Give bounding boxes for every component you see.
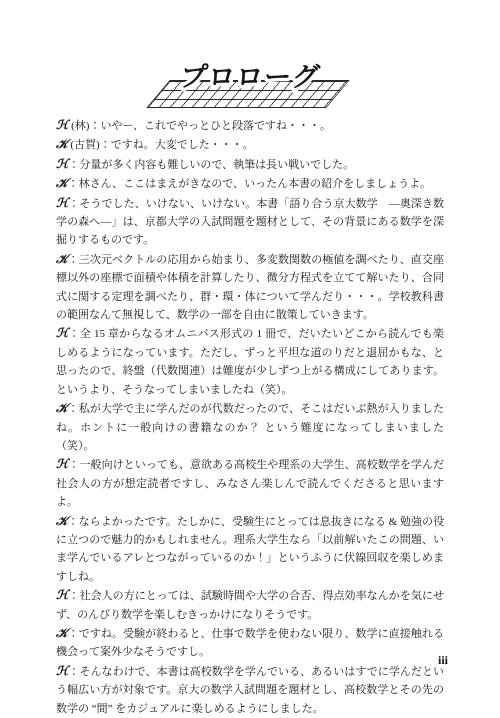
dialogue-line: ℋ：全 15 章からなるオムニバス形式の 1 冊で、だいたいどこから読んでも楽し…: [56, 324, 444, 399]
page-title-text: プロローグ: [178, 62, 322, 92]
page-number: iii: [438, 653, 448, 668]
dialogue-text: ですね。受験が終わると、仕事で数学を使わない限り、数学に直接触れる機会って案外少…: [56, 628, 444, 658]
speaker-separator: ：: [68, 198, 79, 210]
speaker-note: (古賀): [68, 139, 100, 151]
speaker-separator: ：: [68, 254, 79, 266]
speaker-label: 𝒦: [56, 401, 68, 415]
dialogue-line: ℋ：そんなわけで、本書は高校数学を学んでいる、あるいはすでに学んだという幅広い方…: [56, 662, 444, 718]
speaker-separator: ：: [68, 178, 79, 190]
dialogue-line: 𝒦：ですね。受験が終わると、仕事で数学を使わない限り、数学に直接触れる機会って案…: [56, 624, 444, 662]
book-page: プロローグ プロローグ ℋ (林)：いやー、これでやっとひと段落ですね・・・。 …: [0, 0, 500, 718]
speaker-label: 𝒦: [56, 176, 68, 190]
speaker-separator: ：: [68, 403, 79, 415]
speaker-label: ℋ: [56, 326, 68, 340]
speaker-label: ℋ: [56, 196, 68, 210]
speaker-separator: ：: [68, 328, 79, 340]
speaker-label: ℋ: [56, 588, 68, 602]
speaker-label: 𝒦: [56, 514, 68, 528]
dialogue-line: ℋ (林)：いやー、これでやっとひと段落ですね・・・。: [56, 116, 444, 135]
dialogue-line: ℋ：社会人の方にとっては、試験時間や大学の合否、得点効率なんかを気にせず、のんび…: [56, 586, 444, 624]
dialogue-text: いやー、これでやっとひと段落ですね・・・。: [100, 120, 331, 132]
dialogue-line: ℋ：一般向けといっても、意欲ある高校生や理系の大学生、高校数学を学んだ社会人の方…: [56, 455, 444, 511]
speaker-separator: ：: [68, 459, 79, 471]
dialogue-text: そんなわけで、本書は高校数学を学んでいる、あるいはすでに学んだという幅広い方が対…: [56, 666, 444, 715]
title-block: プロローグ プロローグ: [0, 0, 500, 112]
dialogue-line: ℋ：分量が多く内容も難しいので、執筆は長い戦いでした。: [56, 155, 444, 174]
speaker-separator: ：: [68, 516, 79, 528]
speaker-separator: ：: [68, 666, 79, 678]
dialogue-text: 三次元ベクトルの応用から始まり、多変数関数の極値を調べたり、直交座標以外の座標で…: [56, 254, 444, 321]
speaker-label: 𝒦: [56, 252, 68, 266]
dialogue-section: ℋ (林)：いやー、これでやっとひと段落ですね・・・。 𝒦 (古賀)：ですね。大…: [56, 116, 444, 718]
speaker-label: 𝒦: [56, 137, 68, 151]
dialogue-text: 一般向けといっても、意欲ある高校生や理系の大学生、高校数学を学んだ社会人の方が想…: [56, 459, 444, 508]
speaker-separator: ：: [68, 628, 79, 640]
dialogue-text: 私が大学で主に学んだのが代数だったので、そこはだいぶ熱が入りましたね。ホントに一…: [56, 403, 444, 452]
speaker-label: ℋ: [56, 157, 68, 171]
dialogue-text: ならよかったです。たしかに、受験生にとっては息抜きになる & 勉強の役に立つので…: [56, 516, 444, 583]
dialogue-line: ℋ：そうでした、いけない、いけない。本書「語り合う京大数学 ―奥深き数学の森へ―…: [56, 194, 444, 250]
dialogue-line: 𝒦：私が大学で主に学んだのが代数だったので、そこはだいぶ熱が入りましたね。ホント…: [56, 399, 444, 455]
dialogue-text: 分量が多く内容も難しいので、執筆は長い戦いでした。: [79, 159, 354, 171]
page-title: プロローグ プロローグ: [0, 63, 500, 93]
speaker-separator: ：: [89, 120, 100, 132]
speaker-label: ℋ: [56, 457, 68, 471]
dialogue-text: 全 15 章からなるオムニバス形式の 1 冊で、だいたいどこから読んでも楽しめる…: [56, 328, 444, 395]
speaker-separator: ：: [100, 139, 111, 151]
dialogue-line: 𝒦：三次元ベクトルの応用から始まり、多変数関数の極値を調べたり、直交座標以外の座…: [56, 250, 444, 325]
speaker-label: 𝒦: [56, 626, 68, 640]
dialogue-text: そうでした、いけない、いけない。本書「語り合う京大数学 ―奥深き数学の森へ―」は…: [56, 198, 444, 247]
speaker-note: (林): [68, 120, 89, 132]
dialogue-line: 𝒦 (古賀)：ですね。大変でした・・・。: [56, 135, 444, 154]
dialogue-line: 𝒦：ならよかったです。たしかに、受験生にとっては息抜きになる & 勉強の役に立つ…: [56, 512, 444, 587]
speaker-separator: ：: [68, 159, 79, 171]
dialogue-text: ですね。大変でした・・・。: [111, 139, 254, 151]
speaker-label: ℋ: [56, 664, 68, 678]
speaker-separator: ：: [68, 590, 79, 602]
dialogue-text: 社会人の方にとっては、試験時間や大学の合否、得点効率なんかを気にせず、のんびり数…: [56, 590, 444, 620]
dialogue-text: 林さん、ここはまえがきなので、いったん本書の紹介をしましょうよ。: [79, 178, 431, 190]
speaker-label: ℋ: [56, 118, 68, 132]
dialogue-line: 𝒦：林さん、ここはまえがきなので、いったん本書の紹介をしましょうよ。: [56, 174, 444, 193]
